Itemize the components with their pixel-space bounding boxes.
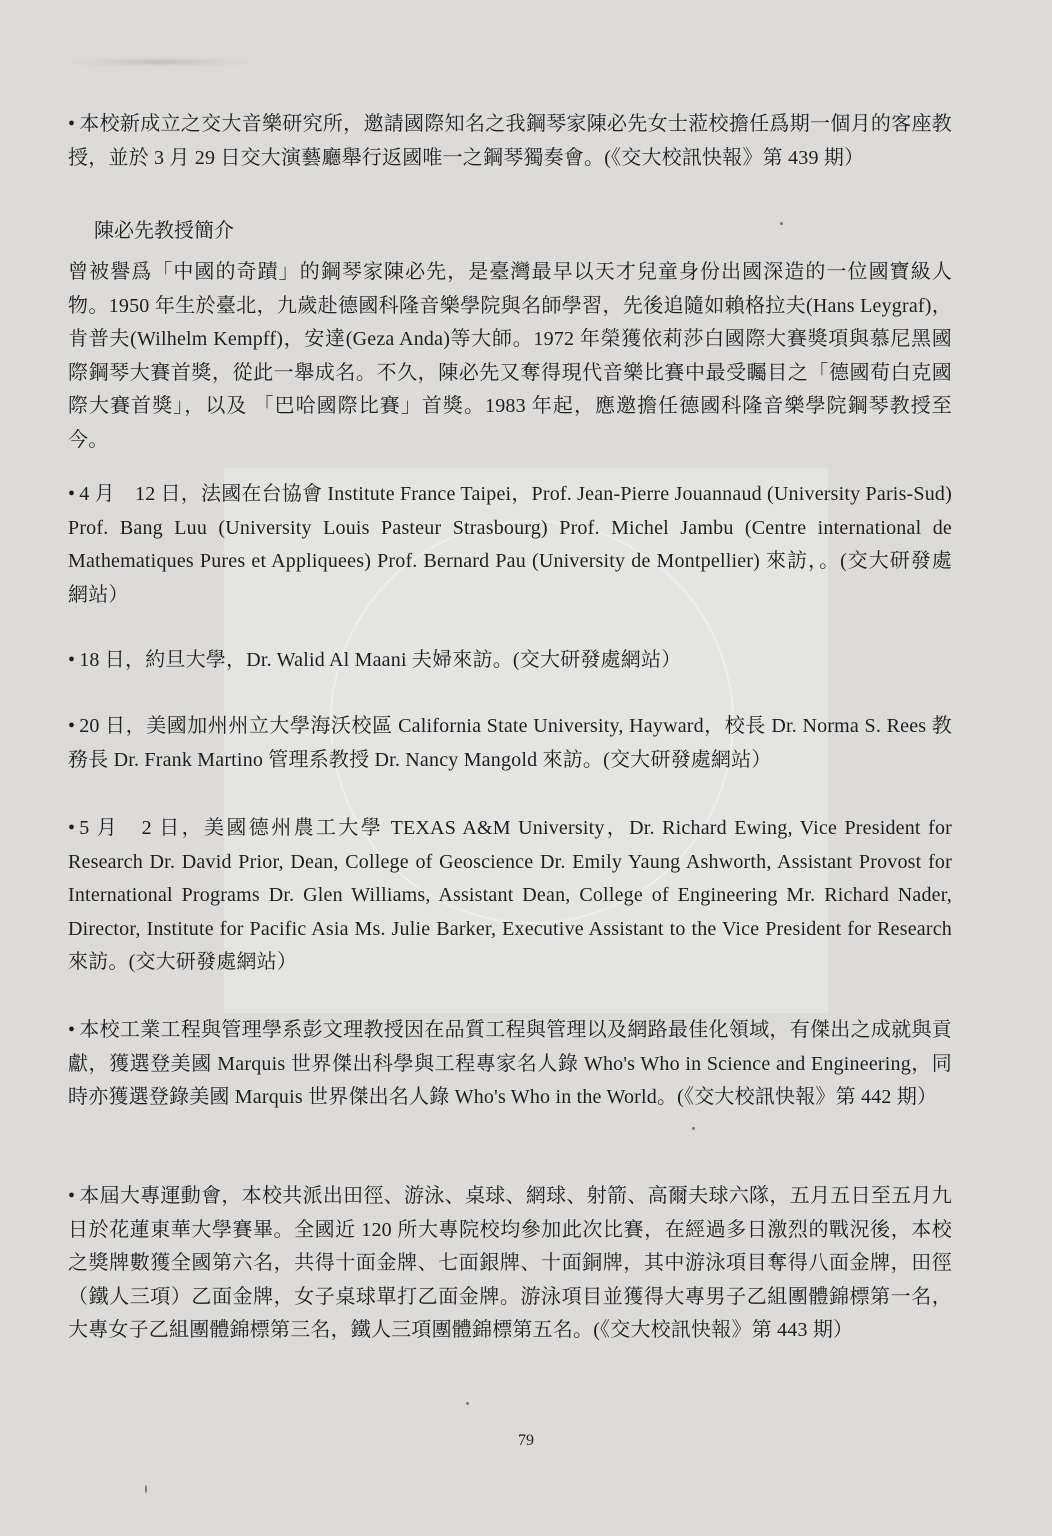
bullet-icon: • [68, 113, 75, 135]
item-text: 4 月 12 日，法國在台協會 Institute France Taipei，… [68, 483, 952, 606]
news-item-texas-visit: •5 月 2 日，美國德州農工大學 TEXAS A&M University，D… [68, 812, 952, 980]
scan-artifact [70, 60, 250, 64]
item-text: 5 月 2 日，美國德州農工大學 TEXAS A&M University，Dr… [68, 817, 952, 973]
news-item-sports-games: •本屆大專運動會，本校共派出田徑、游泳、桌球、網球、射箭、高爾夫球六隊，五月五日… [68, 1180, 952, 1348]
scan-speck [145, 1485, 147, 1493]
bullet-icon: • [68, 1185, 75, 1207]
section-subheading: 陳必先教授簡介 [68, 214, 234, 243]
item-text: 本屆大專運動會，本校共派出田徑、游泳、桌球、網球、射箭、高爾夫球六隊，五月五日至… [68, 1185, 952, 1341]
bullet-icon: • [68, 715, 75, 737]
news-item-france-visit: •4 月 12 日，法國在台協會 Institute France Taipei… [68, 478, 952, 612]
scan-speck [466, 1402, 469, 1405]
news-item-whos-who-award: •本校工業工程與管理學系彭文理教授因在品質工程與管理以及網路最佳化領域，有傑出之… [68, 1014, 952, 1115]
news-item-music-institute: •本校新成立之交大音樂研究所，邀請國際知名之我鋼琴家陳必先女士蒞校擔任爲期一個月… [68, 108, 952, 175]
item-text: 本校新成立之交大音樂研究所，邀請國際知名之我鋼琴家陳必先女士蒞校擔任爲期一個月的… [68, 113, 952, 169]
bullet-icon: • [68, 483, 75, 505]
page-number: 79 [0, 1432, 1052, 1450]
item-text: 18 日，約旦大學，Dr. Walid Al Maani 夫婦來訪。(交大研發處… [79, 649, 681, 671]
bullet-icon: • [68, 817, 75, 839]
bullet-icon: • [68, 1019, 75, 1041]
item-text: 本校工業工程與管理學系彭文理教授因在品質工程與管理以及網路最佳化領域，有傑出之成… [68, 1019, 952, 1108]
scan-speck [692, 1127, 695, 1130]
news-item-jordan-visit: •18 日，約旦大學，Dr. Walid Al Maani 夫婦來訪。(交大研發… [68, 644, 952, 678]
item-text: 20 日，美國加州州立大學海沃校區 California State Unive… [68, 715, 952, 771]
news-item-california-visit: •20 日，美國加州州立大學海沃校區 California State Univ… [68, 710, 952, 777]
biography-paragraph: 曾被譽爲「中國的奇蹟」的鋼琴家陳必先，是臺灣最早以天才兒童身份出國深造的一位國寶… [68, 256, 952, 457]
scan-speck [780, 222, 783, 225]
bullet-icon: • [68, 649, 75, 671]
